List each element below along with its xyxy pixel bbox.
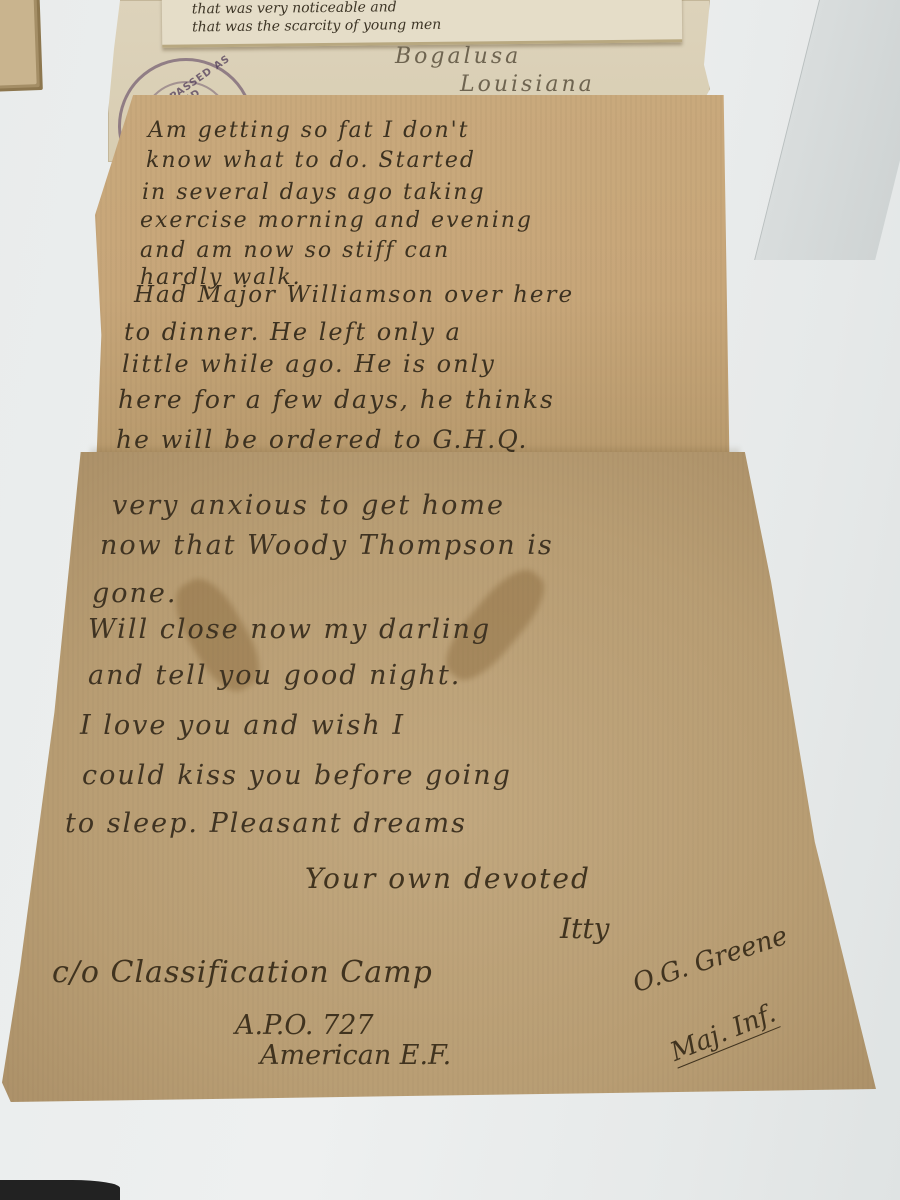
letter-closing: Your own devoted — [305, 862, 591, 895]
letter-line: to sleep. Pleasant dreams — [65, 808, 467, 839]
letter-line: here for a few days, he thinks — [118, 385, 555, 414]
top-note: that was very noticeable and that was th… — [162, 0, 683, 48]
background-wall-edge — [754, 0, 900, 260]
letter-line: could kiss you before going — [82, 760, 512, 791]
letter-line: gone. — [92, 578, 178, 609]
dark-object-corner — [0, 1180, 120, 1200]
letter-line: little while ago. He is only — [122, 350, 496, 378]
return-address-line-1: c/o Classification Camp — [52, 955, 433, 990]
letter-line: to dinner. He left only a — [124, 318, 462, 346]
paper-stack-left — [0, 0, 37, 86]
letter-line: I love you and wish I — [80, 710, 405, 741]
envelope-address-city: Bogalusa — [395, 44, 521, 69]
envelope-address-state: Louisiana — [460, 72, 595, 98]
letter-line: Had Major Williamson over here — [134, 282, 574, 308]
return-address-line-2: A.P.O. 727 — [235, 1010, 374, 1041]
letter-line: exercise morning and evening — [140, 208, 533, 233]
letter-line: in several days ago taking — [142, 180, 486, 205]
letter-line: and tell you good night. — [88, 660, 461, 691]
letter-line: he will be ordered to G.H.Q. — [116, 425, 528, 454]
letter-line: and am now so stiff can — [140, 238, 450, 263]
return-address-line-3: American E.F. — [260, 1040, 451, 1071]
letter-line: very anxious to get home — [112, 490, 505, 521]
letter-line: now that Woody Thompson is — [100, 530, 554, 561]
letter-line: Am getting so fat I don't — [148, 118, 470, 143]
letter-line: Will close now my darling — [88, 614, 491, 645]
letter-line: know what to do. Started — [146, 148, 476, 173]
letter-nickname: Itty — [560, 912, 609, 945]
